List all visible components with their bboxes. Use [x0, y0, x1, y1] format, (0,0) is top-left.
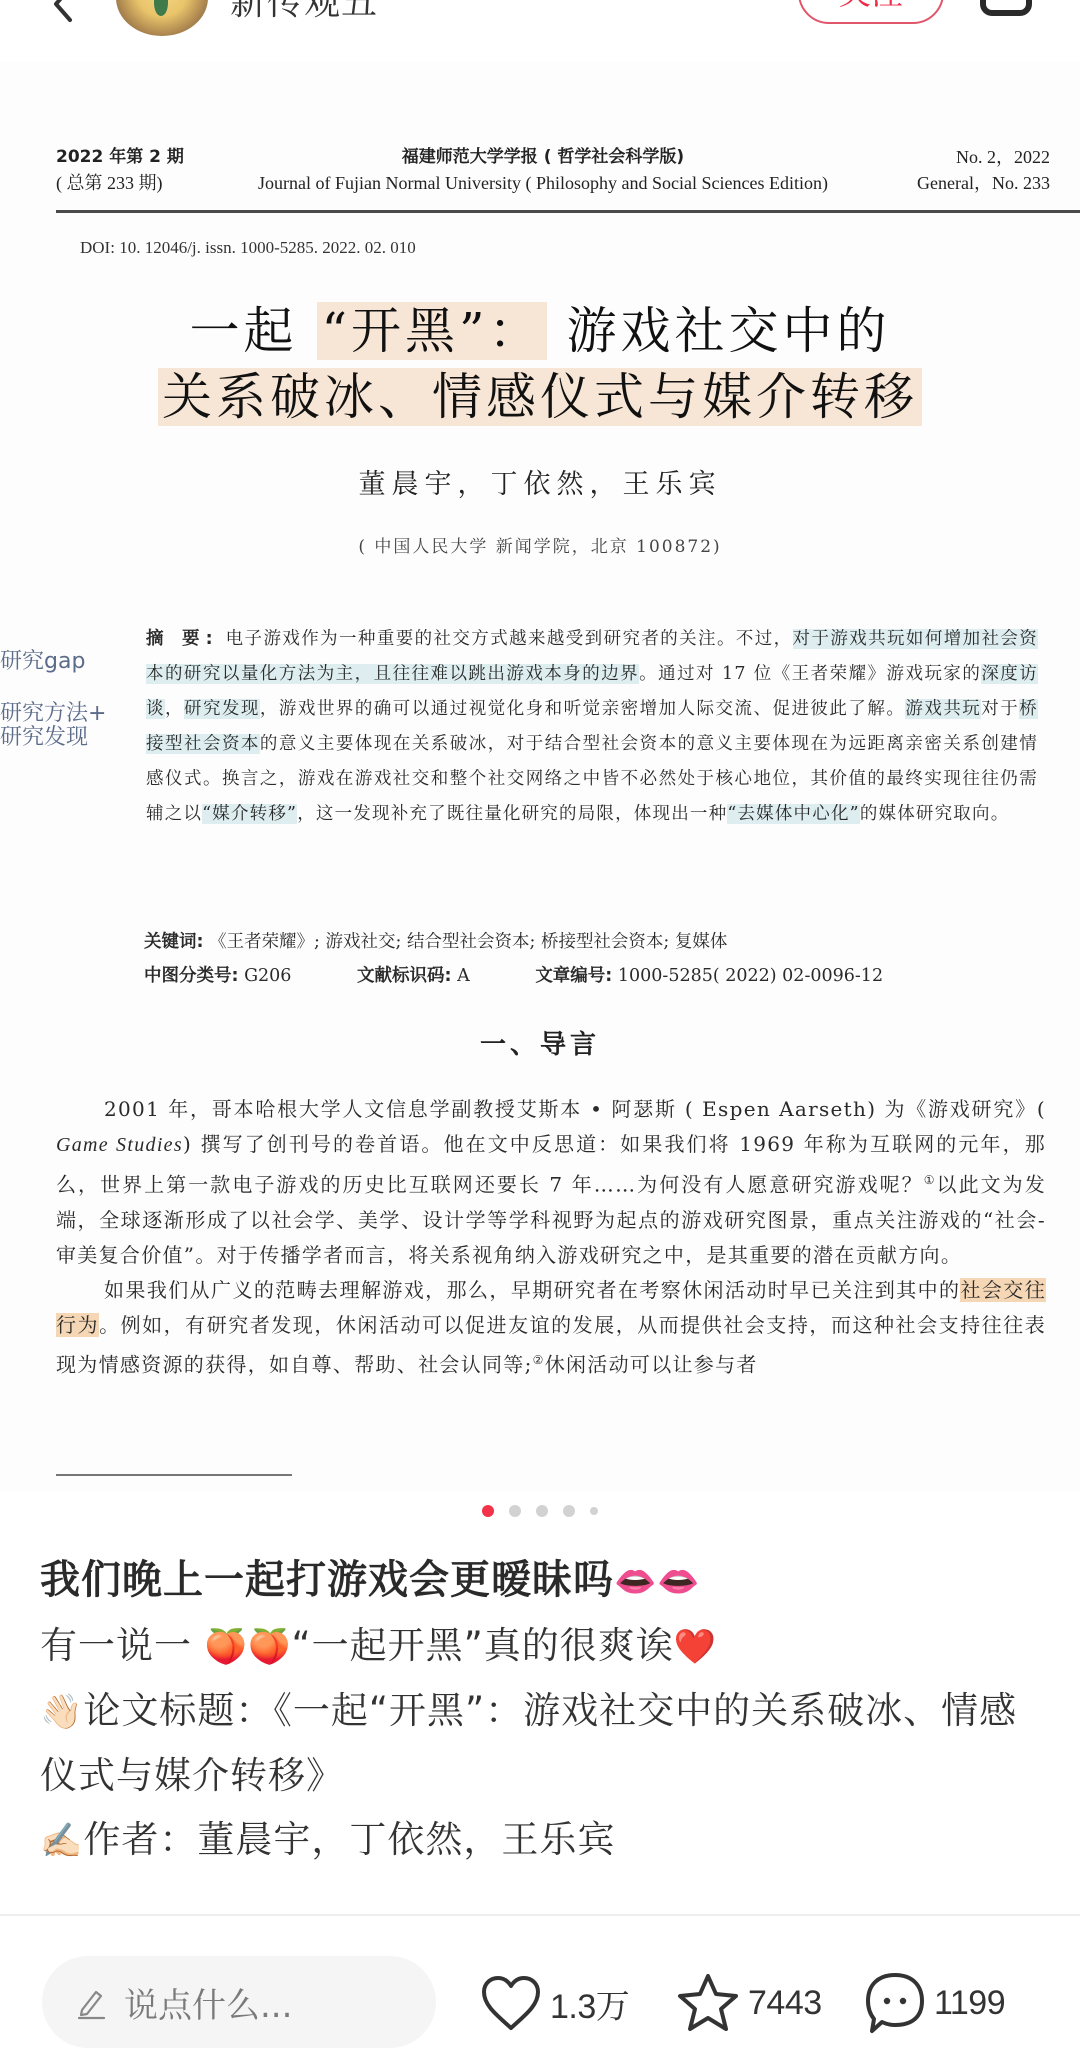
- footnote-ref: ①: [924, 1173, 937, 1187]
- clc-label: 中图分类号:: [144, 966, 239, 986]
- post-title: 我们晚上一起打游戏会更暧昧吗👄👄: [40, 1548, 1050, 1614]
- paper-affiliation: ( 中国人民大学 新闻学院，北京 100872): [0, 532, 1080, 557]
- abstract-text: 对于: [981, 699, 1019, 719]
- clc-value: G206: [239, 966, 292, 986]
- paper-page-image: 2022 年第 2 期 ( 总第 233 期) 福建师范大学学报 ( 哲学社会科…: [0, 62, 1080, 1492]
- abstract-text: ，这一发现补充了既往量化研究的局限，体现出一种: [297, 804, 727, 824]
- post-text: 作者：董晨宇，丁依然，王乐宾: [83, 1818, 615, 1861]
- post-text: 有一说一: [40, 1624, 205, 1667]
- share-icon[interactable]: [980, 0, 1032, 16]
- abstract-text: 电子游戏作为一种重要的社交方式越来越受到研究者的关注。不过，: [219, 629, 793, 649]
- journal-number: No. 2，2022: [917, 144, 1050, 170]
- bottom-action-bar: 说点什么... 1.3万 7443 1199: [0, 1916, 1080, 2050]
- post-content: 我们晚上一起打游戏会更暧昧吗👄👄 有一说一 🍑🍑“一起开黑”真的很爽诶❤️ 👋🏻…: [40, 1548, 1050, 1873]
- comment-count: 1199: [934, 1984, 1005, 2023]
- post-line-3: ✍🏻作者：董晨宇，丁依然，王乐宾: [40, 1808, 1050, 1873]
- abstract-label: 摘 要:: [146, 629, 219, 649]
- journal-general-number: General，No. 233: [917, 170, 1050, 196]
- follow-button[interactable]: 关注: [798, 0, 944, 24]
- annotation-method-findings: 研究方法+ 研究发现: [0, 702, 106, 750]
- abstract-highlight: 游戏共玩: [905, 699, 981, 719]
- heart-icon: [480, 1974, 542, 2032]
- post-line-1: 有一说一 🍑🍑“一起开黑”真的很爽诶❤️: [40, 1614, 1050, 1679]
- post-title-text: 我们晚上一起打游戏会更暧昧吗: [40, 1557, 614, 1603]
- doi: DOI: 10. 12046/j. issn. 1000-5285. 2022.…: [80, 238, 416, 258]
- body-italic: Game Studies: [56, 1134, 183, 1156]
- classification-row: 中图分类号: G206 文献标识码: A 文章编号: 1000-5285( 20…: [144, 962, 1044, 987]
- carousel-dot-2[interactable]: [509, 1505, 521, 1517]
- section-title: 一、导言: [0, 1024, 1080, 1061]
- doc-code-label: 文献标识码:: [357, 966, 452, 986]
- abstract-highlight: “去媒体中心化”: [727, 804, 860, 824]
- favorite-button[interactable]: 7443: [676, 1972, 822, 2034]
- body-text: 如果我们从广义的范畴去理解游戏，那么，早期研究者在考察休闲活动时早已关注到其中的: [104, 1278, 960, 1302]
- title-highlight: “开黑”：: [317, 302, 546, 360]
- post-text: “一起开黑”真的很爽诶: [291, 1624, 673, 1667]
- pencil-icon: [76, 1986, 106, 2020]
- post-text: 论文标题：《一起“开黑”：游戏社交中的关系破冰、情感仪式与媒介转移》: [40, 1689, 1017, 1797]
- header-rule: [56, 210, 1080, 213]
- comment-button[interactable]: 1199: [864, 1972, 1005, 2034]
- like-button[interactable]: 1.3万: [480, 1972, 629, 2034]
- journal-name-en: Journal of Fujian Normal University ( Ph…: [236, 170, 850, 196]
- author-username[interactable]: 新传观丑: [230, 0, 378, 25]
- paper-body: 2001 年，哥本哈根大学人文信息学副教授艾斯本 • 阿瑟斯 ( Espen A…: [56, 1092, 1046, 1382]
- annotation-line: 研究发现: [0, 726, 106, 750]
- abstract-highlight: 研究发现: [184, 699, 260, 719]
- journal-name-cn: 福建师范大学学报 ( 哲学社会科学版): [236, 144, 850, 170]
- article-no-value: 1000-5285( 2022) 02-0096-12: [612, 966, 883, 986]
- body-text: ) 撰写了创刊号的卷首语。他在文中反思道：如果我们将 1969 年称为互联网的元…: [56, 1132, 1046, 1197]
- body-paragraph: 如果我们从广义的范畴去理解游戏，那么，早期研究者在考察休闲活动时早已关注到其中的…: [56, 1273, 1046, 1383]
- favorite-count: 7443: [748, 1984, 822, 2023]
- carousel-indicator: [0, 1500, 1080, 1519]
- wave-emoji-icon: 👋🏻: [40, 1692, 83, 1732]
- keywords: 关键词: 《王者荣耀》; 游戏社交; 结合型社会资本; 桥接型社会资本; 复媒体: [144, 928, 727, 953]
- abstract-text: ，游戏世界的确可以通过视觉化身和听觉亲密增加人际交流、促进彼此了解。: [260, 699, 905, 719]
- carousel-dot-1[interactable]: [482, 1505, 494, 1517]
- body-text: 2001 年，哥本哈根大学人文信息学副教授艾斯本 • 阿瑟斯 ( Espen A…: [104, 1097, 1046, 1121]
- abstract-text: 。通过对 17 位《王者荣耀》游戏玩家的: [639, 664, 981, 684]
- body-text: 休闲活动可以让参与者: [545, 1352, 758, 1376]
- doc-code-value: A: [452, 966, 470, 986]
- speech-bubble-icon: [864, 1971, 926, 2035]
- footnote-rule: [56, 1474, 292, 1476]
- abstract-text: 的媒体研究取向。: [860, 804, 1010, 824]
- back-button[interactable]: [44, 0, 84, 24]
- body-paragraph: 2001 年，哥本哈根大学人文信息学副教授艾斯本 • 阿瑟斯 ( Espen A…: [56, 1092, 1046, 1273]
- journal-header: 2022 年第 2 期 ( 总第 233 期) 福建师范大学学报 ( 哲学社会科…: [56, 144, 1050, 204]
- annotation-line: 研究方法+: [0, 702, 106, 726]
- heart-emoji-icon: ❤️: [674, 1627, 717, 1667]
- journal-total-issue: ( 总第 233 期): [56, 170, 184, 196]
- annotation-research-gap: 研究gap: [0, 650, 85, 674]
- keywords-label: 关键词:: [144, 932, 204, 952]
- chevron-left-icon: [44, 0, 84, 24]
- like-count: 1.3万: [550, 1979, 629, 2028]
- keywords-value: 《王者荣耀》; 游戏社交; 结合型社会资本; 桥接型社会资本; 复媒体: [204, 932, 728, 952]
- title-part: 游戏社交中的: [547, 302, 891, 360]
- post-line-2: 👋🏻论文标题：《一起“开黑”：游戏社交中的关系破冰、情感仪式与媒介转移》: [40, 1679, 1050, 1808]
- comment-input[interactable]: 说点什么...: [42, 1956, 436, 2048]
- carousel-dot-4[interactable]: [563, 1505, 575, 1517]
- image-carousel[interactable]: 2022 年第 2 期 ( 总第 233 期) 福建师范大学学报 ( 哲学社会科…: [0, 62, 1080, 1492]
- lips-emoji-icon: 👄👄: [614, 1562, 701, 1602]
- paper-title: 一起 “开黑”： 游戏社交中的 关系破冰、情感仪式与媒介转移: [0, 298, 1080, 430]
- title-part: 一起: [190, 302, 318, 360]
- writing-hand-emoji-icon: ✍🏻: [40, 1821, 83, 1861]
- article-no-label: 文章编号:: [535, 966, 612, 986]
- author-avatar[interactable]: [116, 0, 208, 36]
- footnote-ref: ②: [533, 1353, 545, 1367]
- title-highlight: 关系破冰、情感仪式与媒介转移: [158, 368, 922, 426]
- abstract: 摘 要: 电子游戏作为一种重要的社交方式越来越受到研究者的关注。不过，对于游戏共…: [106, 622, 1038, 832]
- paper-authors: 董晨宇，丁依然，王乐宾: [0, 462, 1080, 501]
- star-icon: [676, 1972, 740, 2034]
- abstract-text: ，: [165, 699, 184, 719]
- abstract-highlight: “媒介转移”: [202, 804, 297, 824]
- comment-placeholder: 说点什么...: [124, 1978, 292, 2027]
- journal-issue: 2022 年第 2 期: [56, 144, 184, 170]
- carousel-dot-5[interactable]: [590, 1507, 598, 1515]
- top-bar: 新传观丑 关注: [0, 0, 1080, 40]
- peach-emoji-icon: 🍑🍑: [205, 1627, 292, 1667]
- carousel-dot-3[interactable]: [536, 1505, 548, 1517]
